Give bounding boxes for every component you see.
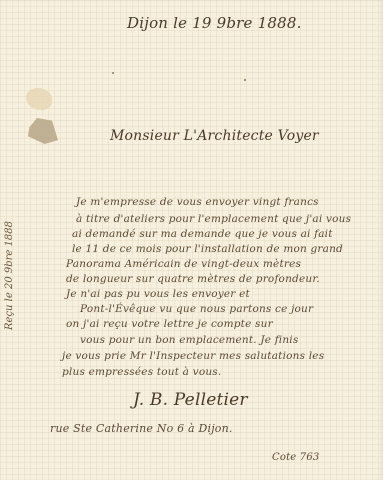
body-line: ai demandé sur ma demande que je vous ai…	[72, 228, 333, 240]
dateline: Dijon le 19 9bre 1888.	[127, 14, 302, 32]
letter-page: Dijon le 19 9bre 1888. Monsieur L'Archit…	[0, 0, 383, 480]
sender-address: rue Ste Catherine No 6 à Dijon.	[50, 422, 233, 435]
body-line: le 11 de ce mois pour l'installation de …	[72, 243, 343, 255]
paper-stain-dark	[28, 118, 58, 144]
margin-receipt-note: Reçu le 20 9bre 1888	[4, 221, 15, 330]
body-line: de longueur sur quatre mètres de profond…	[66, 273, 320, 285]
body-line: on j'ai reçu votre lettre je compte sur	[66, 318, 273, 330]
body-line: Je n'ai pas pu vous les envoyer et	[66, 288, 250, 300]
paper-stain-light	[26, 88, 52, 110]
ink-speck	[112, 72, 114, 74]
ink-speck	[244, 79, 246, 81]
archive-reference: Cote 763	[272, 452, 319, 463]
signature: J. B. Pelletier	[133, 390, 248, 410]
salutation: Monsieur L'Architecte Voyer	[110, 128, 319, 144]
body-line: Panorama Américain de vingt-deux mètres	[66, 258, 301, 270]
body-line: plus empressées tout à vous.	[62, 366, 221, 378]
body-line: vous pour un bon emplacement. Je finis	[80, 334, 298, 346]
body-line: je vous prie Mr l'Inspecteur mes salutat…	[62, 350, 324, 362]
body-line: Pont-l'Évêque vu que nous partons ce jou…	[80, 303, 313, 315]
body-line: à titre d'ateliers pour l'emplacement qu…	[76, 213, 351, 225]
body-line: Je m'empresse de vous envoyer vingt fran…	[76, 196, 319, 208]
scan-edge	[383, 0, 389, 480]
